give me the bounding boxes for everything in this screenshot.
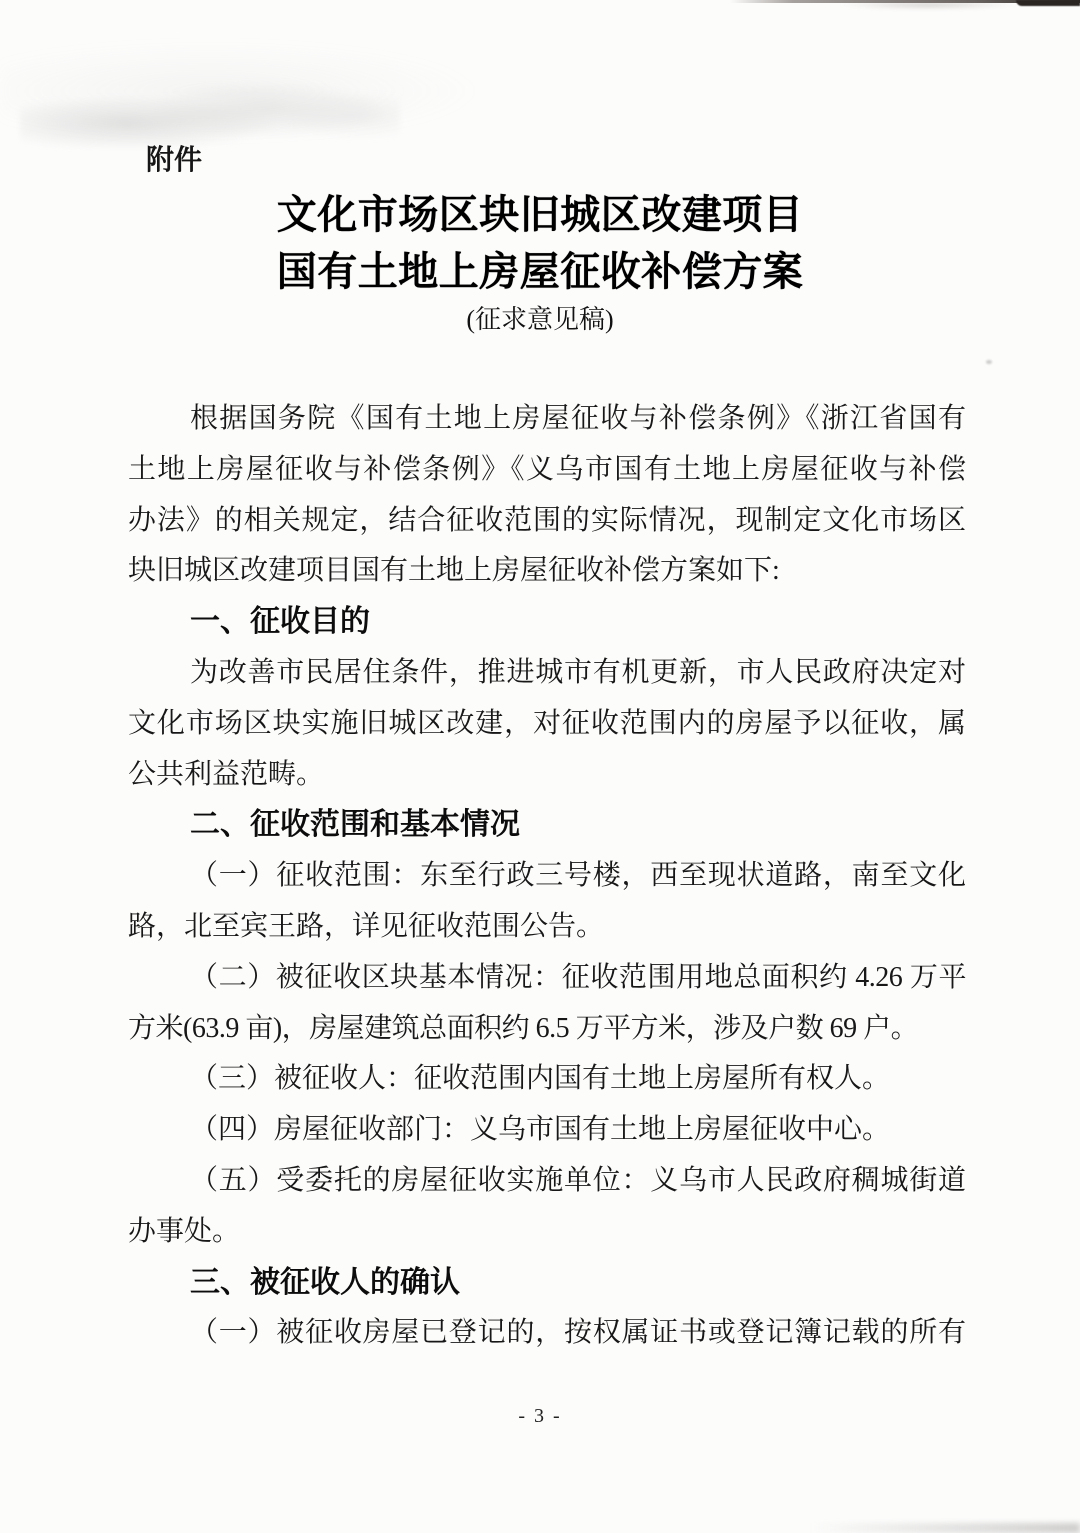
body-line: 路，北至宾王路，详见征收范围公告。 xyxy=(128,902,966,953)
body-line: （五）受委托的房屋征收实施单位：义乌市人民政府稠城街道 xyxy=(128,1156,966,1207)
body-line: 文化市场区块实施旧城区改建，对征收范围内的房屋予以征收，属 xyxy=(128,699,966,750)
body-line: 方米(63.9 亩)，房屋建筑总面积约 6.5 万平方米，涉及户数 69 户。 xyxy=(128,1004,966,1055)
scan-artifact-bottom-smudge xyxy=(810,1523,1080,1533)
body-line: 块旧城区改建项目国有土地上房屋征收补偿方案如下: xyxy=(128,546,966,597)
section-heading-purpose: 一、征收目的 xyxy=(128,597,966,648)
attachment-label: 附件 xyxy=(146,143,202,177)
body-line: （二）被征收区块基本情况：征收范围用地总面积约 4.26 万平 xyxy=(128,953,966,1004)
document-subtitle: (征求意见稿) xyxy=(0,302,1080,338)
document-title-line1: 文化市场区块旧城区改建项目 xyxy=(0,186,1080,243)
body-line: 根据国务院《国有土地上房屋征收与补偿条例》《浙江省国有 xyxy=(128,394,966,445)
body-line: 为改善市民居住条件，推进城市有机更新，市人民政府决定对 xyxy=(128,648,966,699)
body-line: 土地上房屋征收与补偿条例》《义乌市国有土地上房屋征收与补偿 xyxy=(128,445,966,496)
section-heading-confirmation: 三、被征收人的确认 xyxy=(128,1258,966,1309)
section-heading-scope: 二、征收范围和基本情况 xyxy=(128,800,966,851)
page-number: - 3 - xyxy=(0,1405,1080,1428)
document-title: 文化市场区块旧城区改建项目 国有土地上房屋征收补偿方案 xyxy=(0,186,1080,300)
scan-artifact-smudge xyxy=(20,78,400,148)
scan-artifact-top-fuzz xyxy=(828,2,1028,11)
body-line: 办法》的相关规定，结合征收范围的实际情况，现制定文化市场区 xyxy=(128,496,966,547)
body-line: 公共利益范畴。 xyxy=(128,750,966,801)
body-line: （一）征收范围：东至行政三号楼，西至现状道路，南至文化 xyxy=(128,851,966,902)
document-body: 根据国务院《国有土地上房屋征收与补偿条例》《浙江省国有 土地上房屋征收与补偿条例… xyxy=(128,394,966,1359)
scan-artifact-speck xyxy=(986,360,992,364)
document-title-line2: 国有土地上房屋征收补偿方案 xyxy=(0,243,1080,300)
scanned-document-page: 附件 文化市场区块旧城区改建项目 国有土地上房屋征收补偿方案 (征求意见稿) 根… xyxy=(0,0,1080,1533)
body-line: （一）被征收房屋已登记的，按权属证书或登记簿记载的所有 xyxy=(128,1308,966,1359)
body-line: （四）房屋征收部门：义乌市国有土地上房屋征收中心。 xyxy=(128,1105,966,1156)
body-line: 办事处。 xyxy=(128,1207,966,1258)
body-line: （三）被征收人：征收范围内国有土地上房屋所有权人。 xyxy=(128,1054,966,1105)
